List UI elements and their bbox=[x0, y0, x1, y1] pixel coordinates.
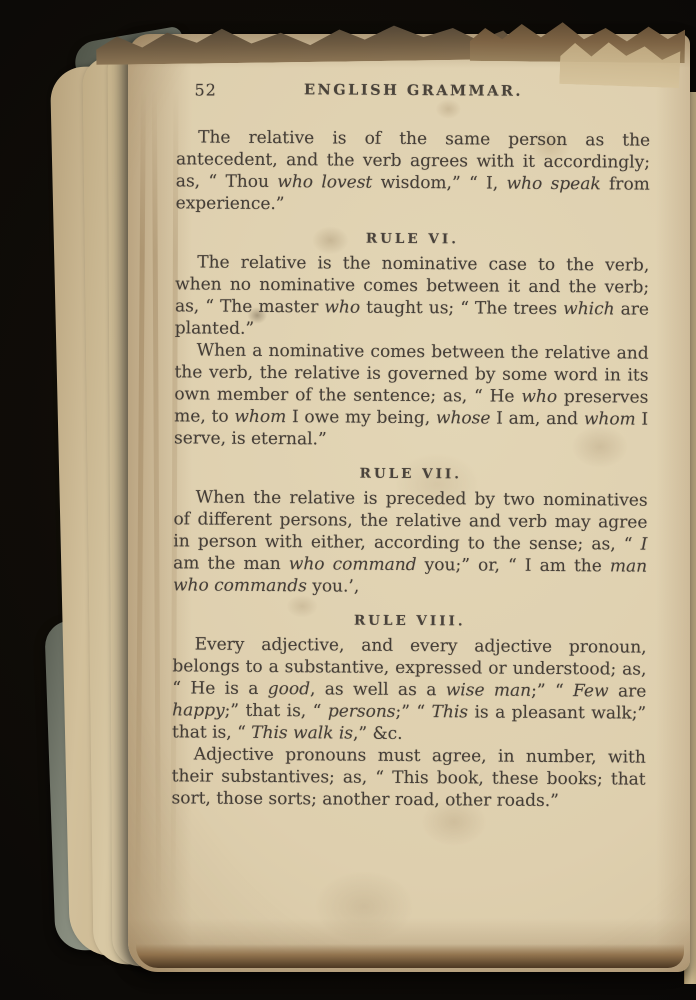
photo-background: 52 ENGLISH GRAMMAR. The relative is of t… bbox=[0, 0, 696, 1000]
text-column: 52 ENGLISH GRAMMAR. The relative is of t… bbox=[171, 80, 650, 812]
page-header: 52 ENGLISH GRAMMAR. bbox=[176, 80, 650, 105]
rule-heading: RULE VIII. bbox=[173, 611, 647, 630]
page-body: The relative is of the same person as th… bbox=[171, 126, 650, 812]
running-header: ENGLISH GRAMMAR. bbox=[176, 80, 650, 100]
rule-heading: RULE VI. bbox=[175, 229, 649, 248]
paragraph: The relative is of the same person as th… bbox=[176, 126, 651, 217]
paragraph: The relative is the nominative case to t… bbox=[175, 251, 650, 342]
paragraph: When a nominative comes between the rela… bbox=[174, 339, 649, 452]
paragraph: When the relative is preceded by two nom… bbox=[173, 486, 648, 599]
book-page: 52 ENGLISH GRAMMAR. The relative is of t… bbox=[128, 34, 690, 972]
rule-heading: RULE VII. bbox=[174, 464, 648, 483]
paragraph: Adjective pronouns must agree, in number… bbox=[171, 743, 645, 812]
page-number: 52 bbox=[194, 80, 216, 99]
paragraph: Every adjective, and every adjective pro… bbox=[172, 633, 647, 746]
page-crease bbox=[135, 90, 146, 915]
page-crease bbox=[152, 90, 161, 915]
